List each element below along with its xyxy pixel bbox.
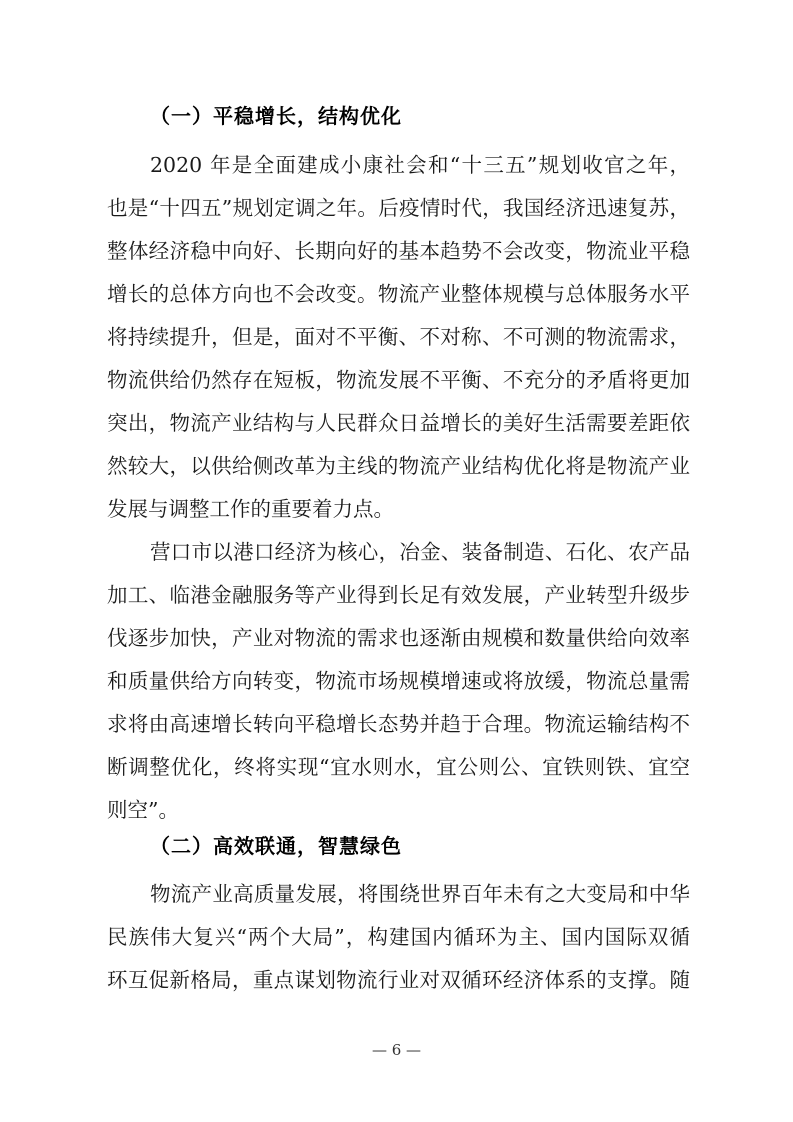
paragraph-line: 求将由高速增长转向平稳增长态势并趋于合理。物流运输结构不 (107, 711, 690, 737)
paragraph-line: 2020 年是全面建成小康社会和“十三五”规划收官之年， (150, 152, 690, 178)
paragraph-line: 物流供给仍然存在短板，物流发展不平衡、不充分的矛盾将更加 (107, 367, 690, 393)
paragraph-line: 突出，物流产业结构与人民群众日益增长的美好生活需要差距依 (107, 410, 690, 436)
section-heading-2: （二）高效联通，智慧绿色 (150, 834, 402, 858)
paragraph-line: 发展与调整工作的重要着力点。 (107, 496, 690, 522)
paragraph-line: 整体经济稳中向好、长期向好的基本趋势不会改变，物流业平稳 (107, 238, 690, 264)
section-heading-1: （一）平稳增长，结构优化 (150, 104, 402, 128)
paragraph-line: 和质量供给方向转变，物流市场规模增速或将放缓，物流总量需 (107, 668, 690, 694)
paragraph-line: 民族伟大复兴“两个大局”，构建国内循环为主、国内国际双循 (107, 924, 690, 950)
paragraph-line: 增长的总体方向也不会改变。物流产业整体规模与总体服务水平 (107, 281, 690, 307)
paragraph-line: 断调整优化，终将实现“宜水则水，宜公则公、宜铁则铁、宜空 (107, 754, 690, 780)
page-number: — 6 — (0, 1040, 793, 1060)
paragraph-line: 伐逐步加快，产业对物流的需求也逐渐由规模和数量供给向效率 (107, 625, 690, 651)
paragraph-line: 则空”。 (107, 797, 690, 823)
paragraph-line: 然较大，以供给侧改革为主线的物流产业结构优化将是物流产业 (107, 453, 690, 479)
paragraph-line: 将持续提升，但是，面对不平衡、不对称、不可测的物流需求， (107, 324, 690, 350)
paragraph-line: 物流产业高质量发展，将围绕世界百年未有之大变局和中华 (150, 881, 690, 907)
paragraph-line: 营口市以港口经济为核心，冶金、装备制造、石化、农产品 (150, 539, 690, 565)
paragraph-line: 环互促新格局，重点谋划物流行业对双循环经济体系的支撑。随 (107, 967, 690, 993)
paragraph-line: 加工、临港金融服务等产业得到长足有效发展，产业转型升级步 (107, 582, 690, 608)
document-page: （一）平稳增长，结构优化 2020 年是全面建成小康社会和“十三五”规划收官之年… (0, 0, 793, 1122)
paragraph-line: 也是“十四五”规划定调之年。后疫情时代，我国经济迅速复苏， (107, 195, 690, 221)
